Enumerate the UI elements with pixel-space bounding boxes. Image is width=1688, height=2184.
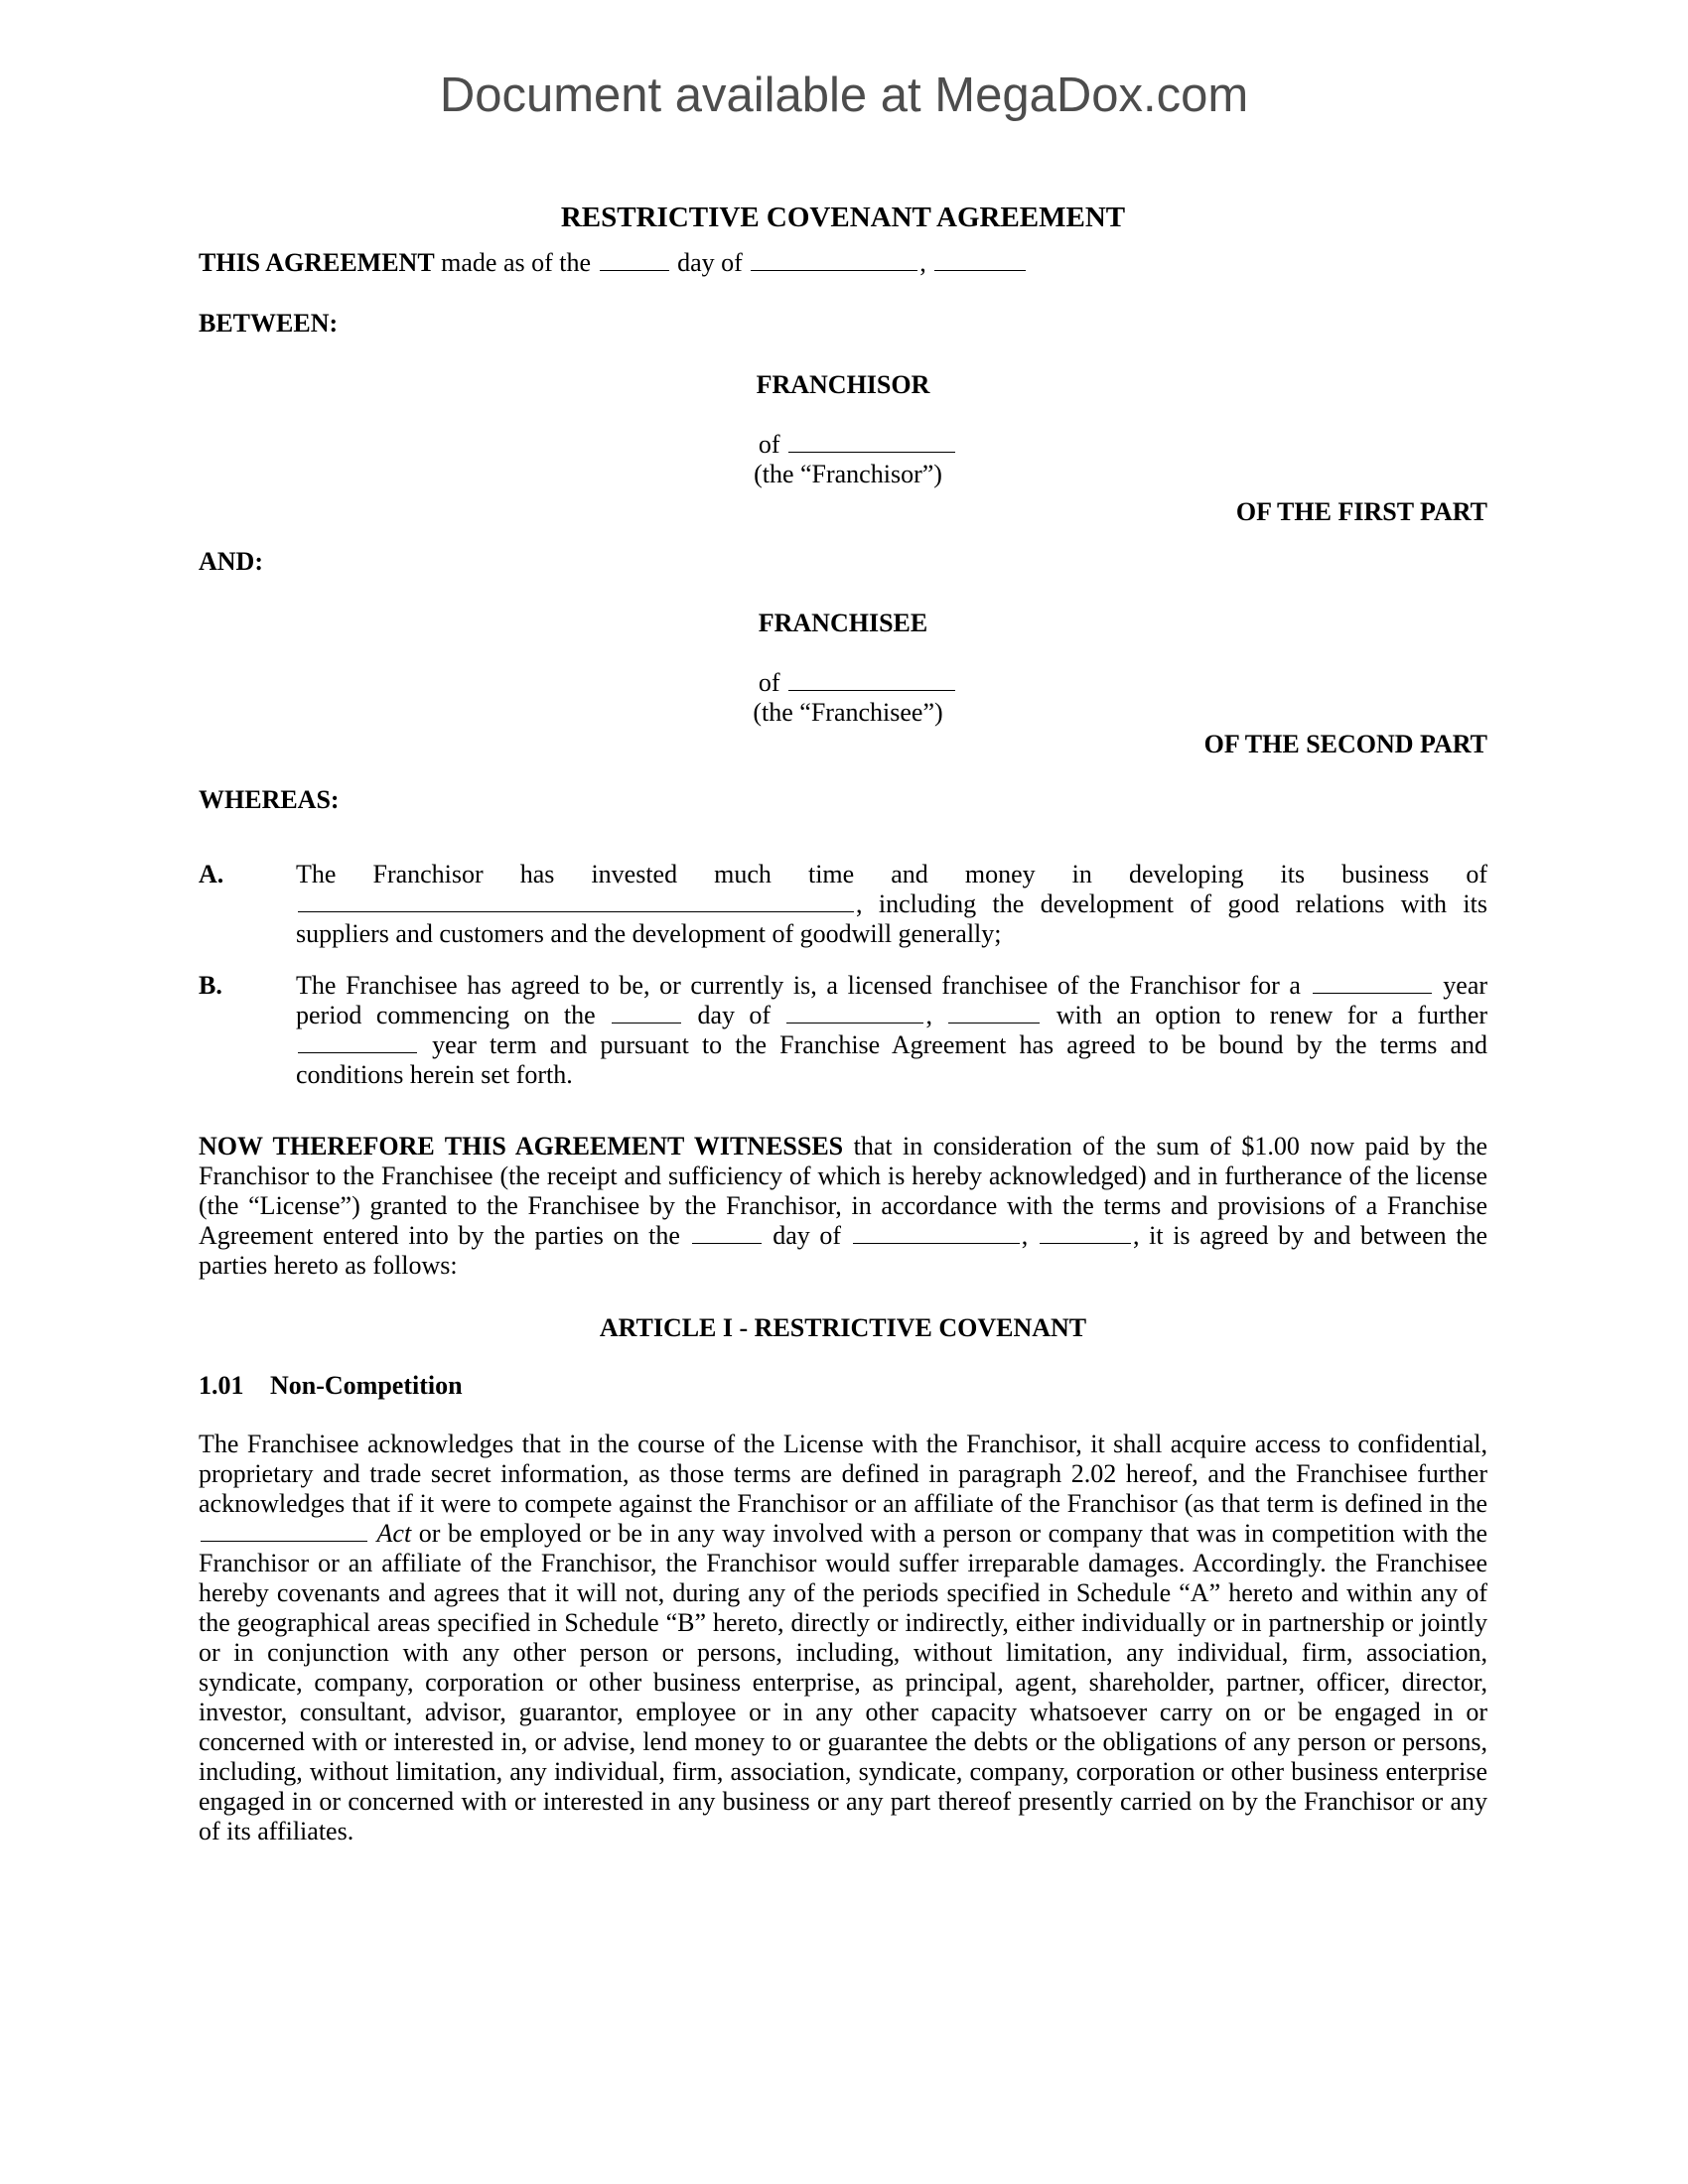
intro-bold: THIS AGREEMENT (199, 248, 435, 277)
recital-b-label: B. (199, 971, 288, 1001)
witnesseth-month-field[interactable] (853, 1221, 1020, 1244)
article-heading: ARTICLE I - RESTRICTIVE COVENANT (199, 1313, 1487, 1343)
section-number: 1.01 (199, 1371, 244, 1401)
intro-comma: , (919, 248, 926, 277)
intro-line: THIS AGREEMENT made as of the day of , (199, 248, 1487, 278)
document-page: Document available at MegaDox.com RESTRI… (0, 0, 1688, 2184)
section-body-2: or be employed or be in any way involved… (199, 1519, 1487, 1845)
recital-b-part5: with an option to renew for a further (1056, 1001, 1487, 1029)
section-body: The Franchisee acknowledges that in the … (199, 1430, 1487, 1846)
witnesseth-year-field[interactable] (1040, 1221, 1131, 1244)
witnesseth-bold: NOW THEREFORE THIS AGREEMENT WITNESSES (199, 1132, 843, 1160)
party2-name: FRANCHISEE (199, 609, 1487, 638)
blank-day-field[interactable] (600, 248, 669, 271)
document-title: RESTRICTIVE COVENANT AGREEMENT (199, 201, 1487, 234)
witnesseth-day-field[interactable] (692, 1221, 762, 1244)
party2-part: OF THE SECOND PART (199, 730, 1487, 759)
party1-name: FRANCHISOR (199, 370, 1487, 400)
blank-month-field[interactable] (751, 248, 917, 271)
section-title: Non-Competition (270, 1371, 463, 1401)
party1-address-field[interactable] (788, 430, 955, 453)
recital-a-part1: The Franchisor has invested much time an… (296, 860, 1487, 888)
party2-defined-as: (the “Franchisee”) (199, 698, 1487, 728)
recital-b-renewal-field[interactable] (298, 1030, 417, 1053)
party1-part: OF THE FIRST PART (199, 497, 1487, 527)
blank-year-field[interactable] (934, 248, 1026, 271)
recital-a-business-field[interactable] (298, 889, 854, 912)
whereas-label: WHEREAS: (199, 785, 1487, 815)
recital-b-part4: , (925, 1001, 932, 1029)
recital-b-text: The Franchisee has agreed to be, or curr… (296, 971, 1487, 1090)
recital-b-month-field[interactable] (786, 1001, 923, 1024)
between-label: BETWEEN: (199, 309, 1487, 339)
recital-b-year-field[interactable] (948, 1001, 1040, 1024)
recital-b-day-field[interactable] (612, 1001, 681, 1024)
section-body-1: The Franchisee acknowledges that in the … (199, 1430, 1487, 1518)
party1-defined-as: (the “Franchisor”) (199, 460, 1487, 489)
and-label: AND: (199, 547, 1487, 577)
party2-address-line: of (199, 668, 1487, 698)
act-name-field[interactable] (201, 1519, 367, 1542)
intro-text-1: made as of the (441, 248, 591, 277)
recital-b-part3: day of (697, 1001, 771, 1029)
party1-of-label: of (759, 430, 780, 459)
recital-a-label: A. (199, 860, 288, 889)
recital-b-part6: year term and pursuant to the Franchise … (296, 1030, 1487, 1089)
intro-text-2: day of (677, 248, 743, 277)
recital-a-text: The Franchisor has invested much time an… (296, 860, 1487, 949)
party2-of-label: of (759, 668, 780, 697)
recital-b-part1: The Franchisee has agreed to be, or curr… (296, 971, 1301, 1000)
recital-b-term-field[interactable] (1313, 971, 1432, 994)
witnesseth-text-3: , (1022, 1221, 1029, 1250)
section-body-italic: Act (377, 1519, 412, 1548)
party1-address-line: of (199, 430, 1487, 460)
witnesseth-paragraph: NOW THEREFORE THIS AGREEMENT WITNESSES t… (199, 1132, 1487, 1281)
watermark: Document available at MegaDox.com (0, 66, 1688, 125)
party2-address-field[interactable] (788, 668, 955, 691)
witnesseth-text-2: day of (773, 1221, 841, 1250)
